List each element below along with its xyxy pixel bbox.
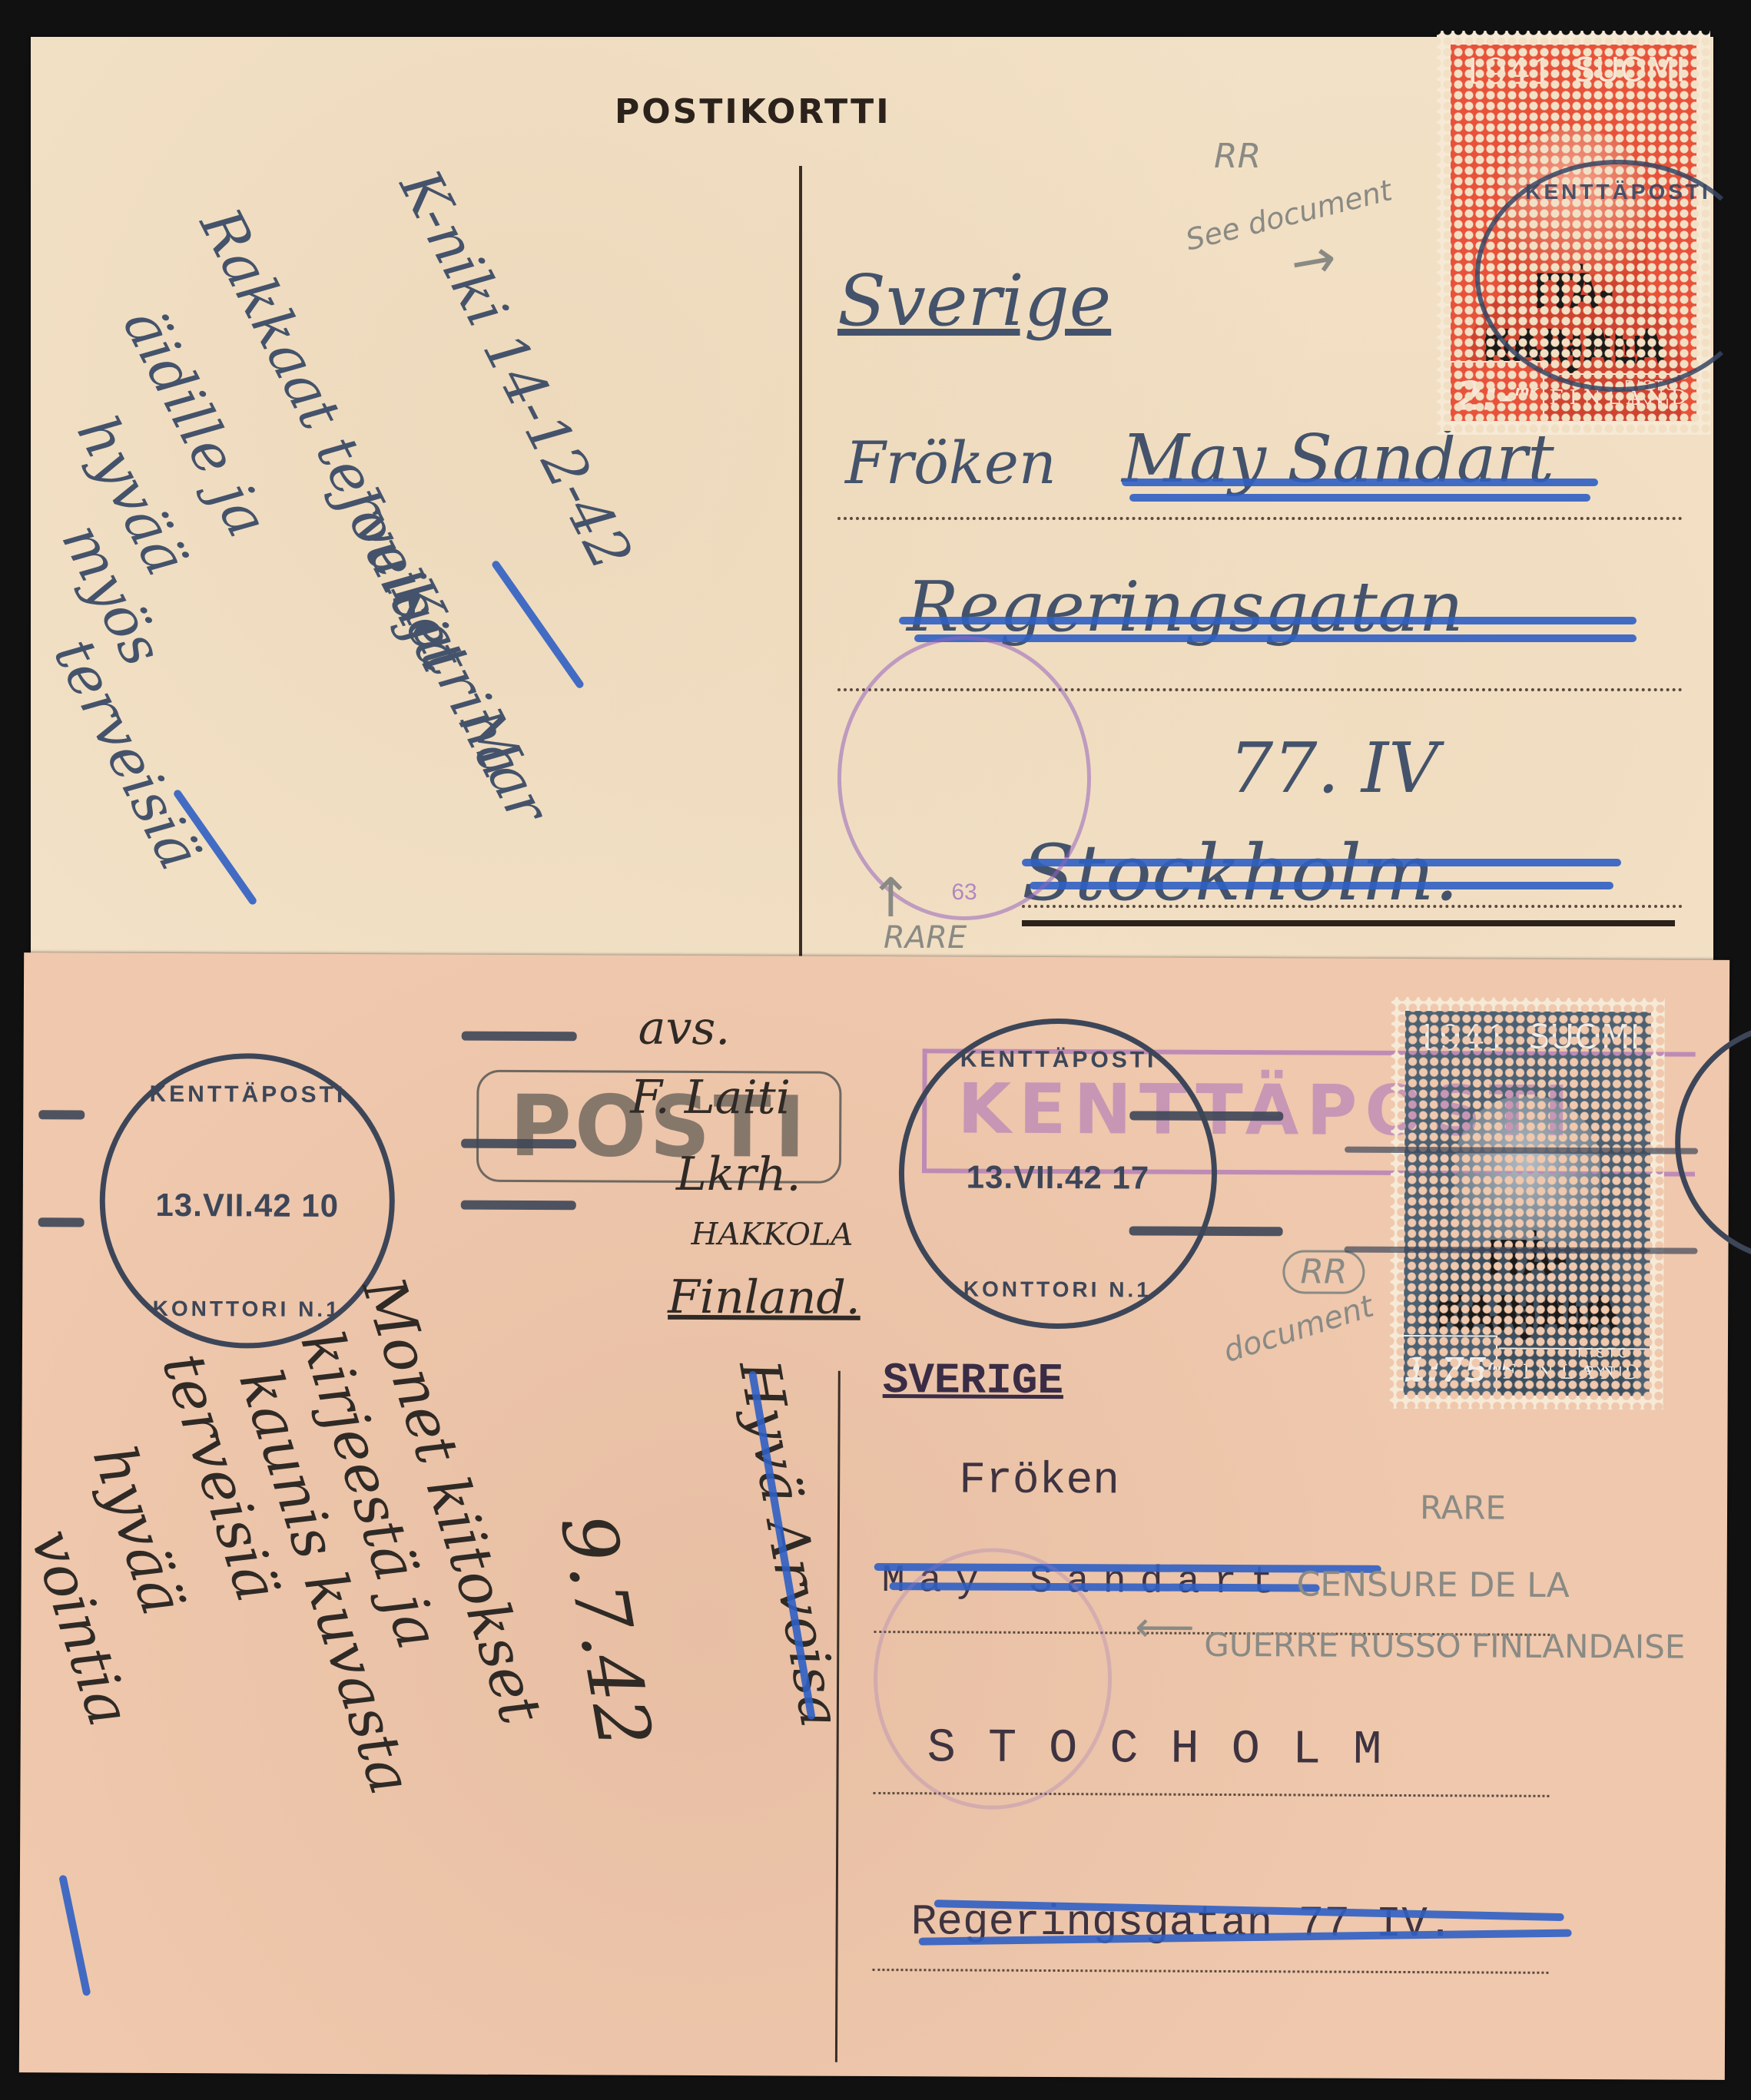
pencil-note-rr: RR xyxy=(1214,137,1261,176)
postmark-right: KENTTÄPOSTI 13.VII.42 17 KONTTORI N.1 xyxy=(898,1018,1218,1330)
handwritten-message: K-niki 14-12-42 Rakkaat terveiset äidill… xyxy=(77,129,768,943)
divider-line xyxy=(799,166,802,972)
pencil-note-document: document xyxy=(1219,1289,1378,1370)
address-country: SVERIGE xyxy=(883,1356,1064,1406)
postmark-kenttaposti: KENTTÄPOSTI xyxy=(1475,160,1751,392)
postcard-header: POSTIKORTTI xyxy=(615,92,891,131)
postcard-bottom: KENTTÄPOSTI 13.VII.42 10 KONTTORI N.1 PO… xyxy=(19,952,1729,2080)
address-fröken: Fröken xyxy=(845,429,1056,497)
stamp-1-75mk: 1941 SUOMI ITÄ-KARJALA Sot.hallinto RIST… xyxy=(1390,997,1665,1410)
pencil-note-censure-2: GUERRE RUSSO FINLANDAISE xyxy=(1204,1626,1685,1666)
ink-strike xyxy=(491,559,585,690)
address-fröken: Fröken xyxy=(959,1456,1119,1506)
address-number: 77. IV xyxy=(1229,728,1438,809)
pencil-note-rare: RARE xyxy=(884,920,967,956)
sender-name: F. Laiti xyxy=(630,1071,791,1125)
sender-avs: avs. xyxy=(638,1002,731,1056)
sender-unit: Lkrh. xyxy=(676,1148,801,1202)
arrow-icon: → xyxy=(1285,226,1341,296)
handwritten-message: Monet kiitokset kirjeestä ja kaunis kuva… xyxy=(42,1244,814,2062)
pencil-note-rr: RR xyxy=(1282,1250,1365,1293)
pencil-note-rare: RARE xyxy=(1420,1489,1506,1526)
pencil-note-censure-1: CENSURE DE LA xyxy=(1297,1565,1570,1605)
address-country: Sverige xyxy=(837,260,1111,342)
arrow-left-icon: ⟵ xyxy=(1135,1602,1195,1651)
censor-mark-faint xyxy=(873,1548,1112,1810)
postcard-top: POSTIKORTTI K-niki 14-12-42 Rakkaat terv… xyxy=(31,37,1713,974)
